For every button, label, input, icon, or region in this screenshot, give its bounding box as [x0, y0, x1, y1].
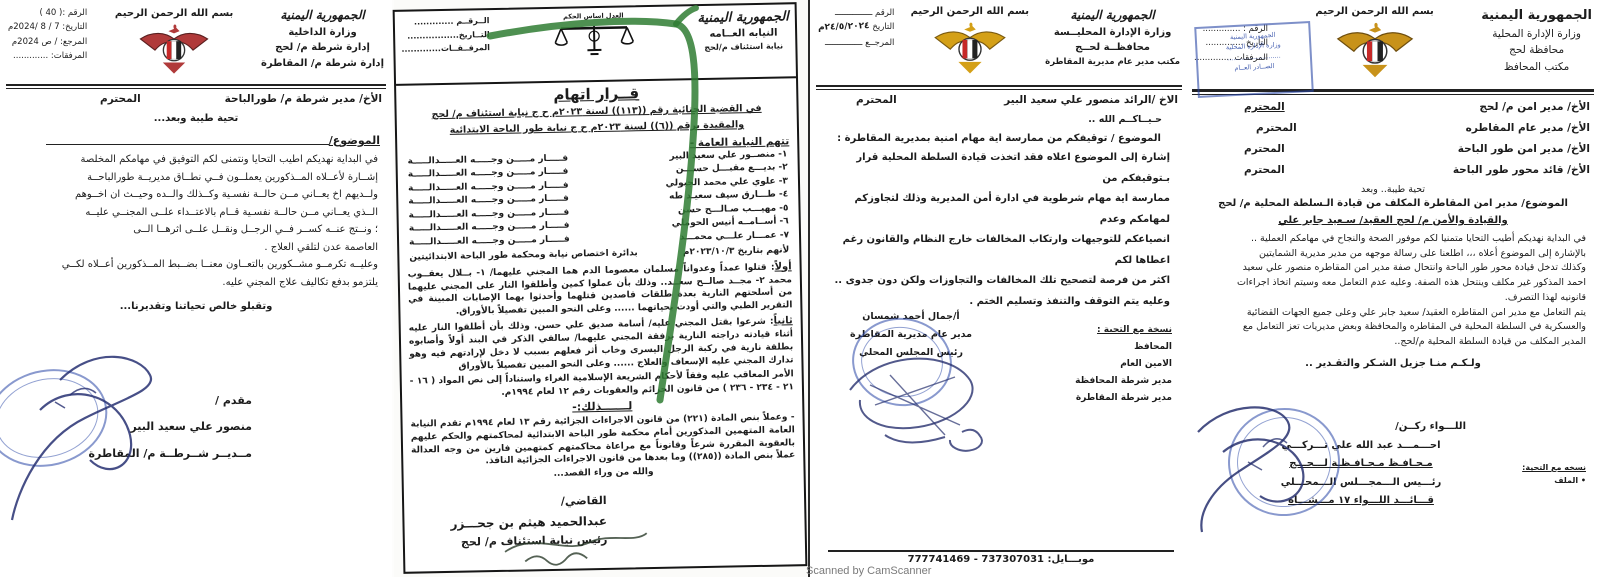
document-indictment-decision: الجمهورية اليمنية النيابه العــامه نيابة…	[394, 0, 808, 577]
doc4-org-line: محافظة لحج	[1481, 42, 1592, 58]
doc1-honorific: المحترم	[100, 93, 141, 105]
yemen-eagle-emblem-icon	[931, 19, 1009, 77]
doc1-addressee-row: الأخ/ مدير شرطة م/ طورالباحة المحترم	[0, 93, 382, 105]
doc4-cc-block: نسخه مع التحية: • الملف	[1522, 462, 1586, 488]
doc1-greeting: تحية طيبة وبعد...	[0, 113, 392, 124]
doc1-org-line: وزارة الداخلية	[261, 25, 384, 41]
doc1-body-line: وعليــه تكرمــو مشــكورين بالتعــاون معن…	[10, 256, 378, 274]
doc1-divider	[6, 84, 386, 89]
doc1-body-line: يلتزمو بدفع تكاليف علاج المجني عليه.	[10, 274, 378, 292]
doc2-operative: - وعملاً بنص المادة (٢٢١) من قانون الاجر…	[410, 411, 795, 469]
scanned-documents-canvas: الجمهورية اليمنية وزارة الداخلية إدارة ش…	[0, 0, 1600, 577]
doc4-org-line: الجمهورية اليمنية	[1481, 6, 1592, 26]
doc3-date-label: التاريخ	[872, 22, 894, 32]
doc2-reference-fields: الــرقــم ............. التــاريخ.......…	[401, 14, 490, 56]
doc1-signature-block: مقدم / منصور علي سعيد البير مــديــر شــ…	[89, 388, 253, 467]
bismillah-calligraphy: بسم الله الرحمن الرحيم	[1315, 6, 1433, 17]
doc3-cc-item: المحافظ	[1075, 339, 1172, 356]
doc2-emblem-block: العدل اساس الحكم	[550, 11, 637, 68]
doc3-body-line: إشارة إلى الموضوع اعلاه فقد اتخذت قيادة …	[824, 148, 1170, 189]
doc4-org-line: مكتب المحافظ	[1481, 59, 1592, 75]
doc2-field-attachments: المرفــقــات.............	[401, 41, 490, 56]
doc4-body-line: وكذلك تدخل قيادة محور طور الباحة وانتحال…	[1198, 261, 1586, 276]
doc3-body-line: اكثر من فرصة لتصحيح تلك المخالفات والتجا…	[824, 271, 1170, 292]
doc4-honorific: المحترم	[1244, 143, 1285, 155]
doc3-cc-label: نسخة مع التحية :	[1075, 322, 1172, 339]
doc4-org-line: وزارة الإدارة المحلية	[1481, 26, 1592, 42]
doc1-body: في البداية نهديكم اطيب التحايا ونتمنى لك…	[10, 151, 378, 291]
yemen-eagle-emblem-icon	[1332, 19, 1418, 81]
scales-of-justice-icon	[550, 19, 637, 65]
doc1-subject-row: الموضوع/	[40, 134, 380, 147]
doc3-cc-block: نسخة مع التحية : المحافظ الامين العام مد…	[1075, 322, 1172, 407]
doc1-body-line: العاصمة عدن لتلقي العلاج .	[10, 239, 378, 257]
doc4-honorific: المحترم	[1244, 164, 1285, 176]
doc1-org-line: الجمهورية اليمنية	[261, 6, 384, 25]
doc3-greeting: حـيــاكــم الله ..	[810, 114, 1162, 125]
doc1-body-line: في البداية نهديكم اطيب التحايا ونتمنى لك…	[10, 151, 378, 169]
doc1-emblem-block: بسم الله الرحمن الرحيم	[115, 8, 233, 80]
doc2-header: الجمهورية اليمنية النيابه العــامه نيابة…	[395, 4, 796, 86]
doc1-org-block: الجمهورية اليمنية وزارة الداخلية إدارة ش…	[261, 6, 384, 71]
doc2-count-first: أولاً: قتلوا عمداً وعدواناً مسلمان معصوم…	[408, 260, 793, 320]
doc2-first-text: : قتلوا عمداً وعدواناً مسلمان معصوما الد…	[408, 262, 793, 317]
doc1-reference-fields: الرقم :( 40 ) التاريخ: 7 / 8 /2024م المر…	[8, 6, 87, 64]
doc3-field-ref: المرجــع ـــــــــــــــ	[818, 36, 894, 50]
doc4-subject-line2: والقيادة والأمن م/ لحج العقيد/ سـعيد جاب…	[1186, 212, 1600, 229]
doc4-subject-line1: الموضوع/ مدير امن المقاطرة المكلف من قيا…	[1186, 195, 1600, 212]
doc3-org-block: الجمهورية اليمنية وزارة الإدارة المحليــ…	[1045, 6, 1180, 69]
camscanner-watermark: Scanned by CamScanner	[806, 565, 931, 577]
doc3-divider	[816, 85, 1182, 90]
doc4-body-line: احمد المذكور غير مكلف وينتحل هذه الصفة. …	[1198, 276, 1586, 291]
doc2-judge-block: القاضي/ عبدالحميد هيثم بن جحـــزر رئيس ن…	[450, 492, 608, 553]
doc1-header: الجمهورية اليمنية وزارة الداخلية إدارة ش…	[0, 0, 392, 82]
doc2-second-label: ثانياً	[773, 315, 792, 326]
doc3-cc-item: الامين العام	[1075, 356, 1172, 373]
doc3-org-line: الجمهورية اليمنية	[1045, 6, 1180, 25]
doc1-body-line: ؛ ونــتج عنــه كســر فــي الرجــل ونقــل…	[10, 221, 378, 239]
doc3-header: الجمهورية اليمنية وزارة الإدارة المحليــ…	[810, 0, 1188, 83]
doc1-subject-underline	[46, 144, 329, 145]
doc3-addressee: الاخ /الرائد منصور علي سعيد البير	[1004, 94, 1178, 106]
doc4-addressee: الأخ/ مدير امن م/ لحج	[1479, 101, 1590, 113]
doc1-signer-rank: مقدم /	[89, 388, 253, 414]
accused-status: فـــــار مـــــن وجـــــه العـــــدالـــ…	[409, 233, 570, 250]
doc3-org-line: مكتب مدير عام مديرية المقاطرة	[1045, 56, 1180, 69]
doc3-body-line: ممارسة اية مهام شرطوية في ادارة أمن المد…	[824, 189, 1170, 230]
document-governor-office-letter: الجمهورية اليمنية وزارة الإدارة المحلية …	[1186, 0, 1600, 577]
doc1-org-line: إدارة شرطة م/ لحج	[261, 40, 384, 56]
doc3-field-date: التاريخ ٢٤/٥/٢٠٢٤م	[818, 20, 894, 35]
doc3-footer-mobile: موبـــايل: 737307031 - 777741469	[828, 550, 1174, 565]
doc4-cc-label: نسخه مع التحية:	[1522, 462, 1586, 475]
doc3-date-handwritten: ٢٤/٥/٢٠٢٤م	[818, 20, 870, 37]
doc3-honorific: المحترم	[856, 94, 897, 106]
doc1-field-date: التاريخ: 7 / 8 /2024م	[8, 20, 87, 34]
doc2-field-number: الــرقــم .............	[401, 14, 490, 29]
doc4-addressee-row: الأخ/ قائد محور طور الباحة المحترم	[1186, 164, 1590, 176]
document-director-general-suspension-letter: الجمهورية اليمنية وزارة الإدارة المحليــ…	[808, 0, 1188, 577]
bismillah-calligraphy: بسم الله الرحمن الرحيم	[115, 8, 233, 19]
accused-name: ٧- عمـــار علـــي محمـــد	[680, 229, 790, 245]
doc4-addressee: الأخ/ قائد محور طور الباحة	[1453, 164, 1590, 176]
doc3-emblem-block: بسم الله الرحمن الرحيم	[911, 6, 1029, 81]
doc4-emblem-block: بسم الله الرحمن الرحيم	[1315, 6, 1433, 85]
doc4-body-line: المدير المكلف من قيادة السلطة المحلية م/…	[1198, 335, 1586, 350]
doc1-addressee: الأخ/ مدير شرطة م/ طورالباحة	[225, 93, 382, 105]
doc1-body-line: ولــديهم اخ يعــاني مــن حالــة نفسـية و…	[10, 186, 378, 204]
doc4-body-line: والعسكرية في السلطة المحلية في المقاطره …	[1198, 320, 1586, 335]
doc4-addressee: الأخ/ مدير امن طور الباحة	[1458, 143, 1590, 155]
doc2-org-line: الجمهورية اليمنية	[697, 8, 789, 28]
doc4-body: في البداية نهديكم أطيب التحايا متمنيا لك…	[1198, 232, 1586, 350]
doc4-greeting: تحية طيبة.. وبعد	[1186, 184, 1600, 195]
document-police-maqatirah-letter: الجمهورية اليمنية وزارة الداخلية إدارة ش…	[0, 0, 392, 577]
doc1-body-line: إشــارة لأعــلاه المــذكورين يعملــون فـ…	[10, 169, 378, 187]
doc4-org-block: الجمهورية اليمنية وزارة الإدارة المحلية …	[1481, 6, 1592, 75]
doc2-count-second: ثانياً: شرعوا بقتل المجني عليه/ أسامة صد…	[409, 314, 794, 374]
doc4-cc-item: • الملف	[1522, 475, 1586, 488]
doc3-body: إشارة إلى الموضوع اعلاه فقد اتخذت قيادة …	[824, 148, 1170, 312]
doc1-subject-label: الموضوع/	[329, 134, 380, 147]
doc2-second-text: : شرعوا بقتل المجني عليه/ أسامة صديق علي…	[409, 317, 794, 372]
bismillah-calligraphy: بسم الله الرحمن الرحيم	[911, 6, 1029, 17]
doc4-rectangular-blue-stamp: الجمهورية اليمنية وزارة الإدارة المحلية …	[1194, 21, 1314, 98]
doc4-body-line: قانونيه لهذا التصرف.	[1198, 291, 1586, 306]
doc2-judge-title: رئيس نيابة استئناف م/ لحج	[451, 531, 608, 553]
doc4-addressee-row: الأخ/ مدير امن م/ لحج المحترم	[1186, 101, 1590, 113]
doc1-org-line: إدارة شرطة م/ المقاطرة	[261, 56, 384, 72]
doc1-field-number: الرقم :( 40 )	[8, 6, 87, 20]
doc2-org-block: الجمهورية اليمنية النيابه العــامه نيابة…	[697, 8, 789, 53]
doc2-page-frame: الجمهورية اليمنية النيابه العــامه نيابة…	[393, 2, 808, 574]
doc1-closing: وتقبلو خالص تحياتنا وتقديرنا...	[0, 301, 392, 312]
doc3-subject: الموضوع / توقيفكم من ممارسة اية مهام امن…	[810, 133, 1188, 144]
doc4-honorific: المحترم	[1256, 122, 1297, 134]
doc1-field-attachments: المرفقات: .............	[8, 49, 87, 63]
doc3-reference-fields: الرقم ـــــــــــــــ التاريخ ٢٤/٥/٢٠٢٤م…	[818, 6, 894, 50]
doc3-cc-item: مدير شرطة المقاطرة	[1075, 390, 1172, 407]
doc2-date-right: لأنهم بتاريخ ٢٠٢٣/١٠/٣م	[683, 244, 790, 260]
doc4-addressee-row: الأخ/ مدير امن طور الباحة المحترم	[1186, 143, 1590, 155]
doc4-body-line: يتم التعامل مع مدير امن المقاطره العقيد/…	[1198, 306, 1586, 321]
doc3-field-number: الرقم ـــــــــــــــ	[818, 6, 894, 20]
doc1-signer-title: مــديــر شــرطــة م/ المقاطرة	[89, 441, 253, 467]
doc4-honorific: المحترم	[1244, 101, 1285, 113]
doc1-body-line: الــذي يعــاني مــن حالــة نفسـية قــام …	[10, 204, 378, 222]
doc3-addressee-row: الاخ /الرائد منصور علي سعيد البير المحتر…	[810, 94, 1178, 106]
doc3-org-line: محافظــة لحــج	[1045, 40, 1180, 56]
doc1-signer-name: منصور علي سعيد البير	[89, 414, 253, 440]
doc3-cc-item: مدير شرطة المحافظة	[1075, 373, 1172, 390]
doc3-body-line: انصياعكم للتوجيهات وارتكاب المخالفات خار…	[824, 230, 1170, 271]
doc1-field-ref: المرجع: / ص 2024م	[8, 35, 87, 49]
doc3-org-line: وزارة الإدارة المحليــسة	[1045, 25, 1180, 41]
doc4-body-line: بالإشارة إلى الموضوع أعلاه ،،، اطلعنا عل…	[1198, 247, 1586, 262]
doc2-org-line: نيابة استئناف م/لحج	[698, 41, 790, 54]
doc2-first-label: أولاً	[774, 261, 791, 272]
doc4-addressee-row: الأخ/ مدير عام المقاطره المحترم	[1186, 122, 1590, 134]
yemen-eagle-emblem-icon	[137, 21, 211, 77]
doc4-body-line: في البداية نهديكم أطيب التحايا متمنيا لك…	[1198, 232, 1586, 247]
doc4-thanks: ولـكـم منـا جزيل الشـكر والتقـدير ..	[1186, 358, 1600, 369]
doc4-addressee: الأخ/ مدير عام المقاطره	[1466, 122, 1590, 134]
